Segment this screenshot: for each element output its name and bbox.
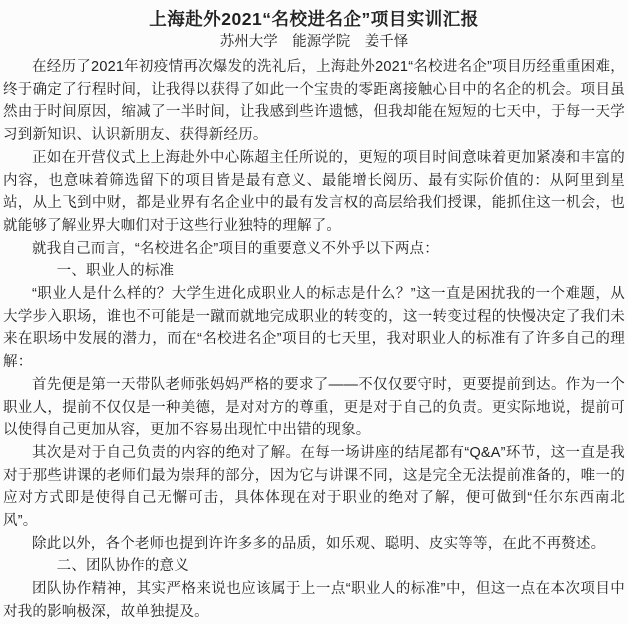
document-body: 在经历了2021年初疫情再次爆发的洗礼后，上海赴外2021“名校进名企”项目历经… xyxy=(3,56,625,624)
body-paragraph: 其次是对于自己负责的内容的绝对了解。在每一场讲座的结尾都有“Q&A”环节，这一直… xyxy=(3,442,625,533)
body-paragraph: 在经历了2021年初疫情再次爆发的洗礼后，上海赴外2021“名校进名企”项目历经… xyxy=(3,56,625,147)
byline-author: 姜千怿 xyxy=(365,31,409,53)
document-page: 上海赴外2021“名校进名企”项目实训汇报 苏州大学 能源学院 姜千怿 在经历了… xyxy=(0,0,628,624)
body-paragraph: “职业人是什么样的？大学生进化成职业人的标志是什么？”这一直是困扰我的一个难题，… xyxy=(3,283,625,374)
body-paragraph: 团队协作精神，其实严格来说也应该属于上一点“职业人的标准”中，但这一点在本次项目… xyxy=(3,578,625,623)
body-paragraph: 正如在开营仪式上上海赴外中心陈超主任所说的，更短的项目时间意味着更加紧凑和丰富的… xyxy=(3,147,625,238)
body-paragraph: 除此以外，各个老师也提到许许多多的品质，如乐观、聪明、皮实等等，在此不再赘述。 xyxy=(3,533,625,556)
section-heading: 一、职业人的标准 xyxy=(3,260,625,283)
body-paragraph: 就我自己而言，“名校进名企”项目的重要意义不外乎以下两点： xyxy=(3,238,625,261)
section-heading: 二、团队协作的意义 xyxy=(3,555,625,578)
body-paragraph: 首先便是第一天带队老师张妈妈严格的要求了——不仅仅要守时，更要提前到达。作为一个… xyxy=(3,374,625,442)
document-title: 上海赴外2021“名校进名企”项目实训汇报 xyxy=(3,5,625,31)
byline-university: 苏州大学 xyxy=(220,31,278,53)
byline: 苏州大学 能源学院 姜千怿 xyxy=(3,31,625,53)
byline-department: 能源学院 xyxy=(292,31,350,53)
